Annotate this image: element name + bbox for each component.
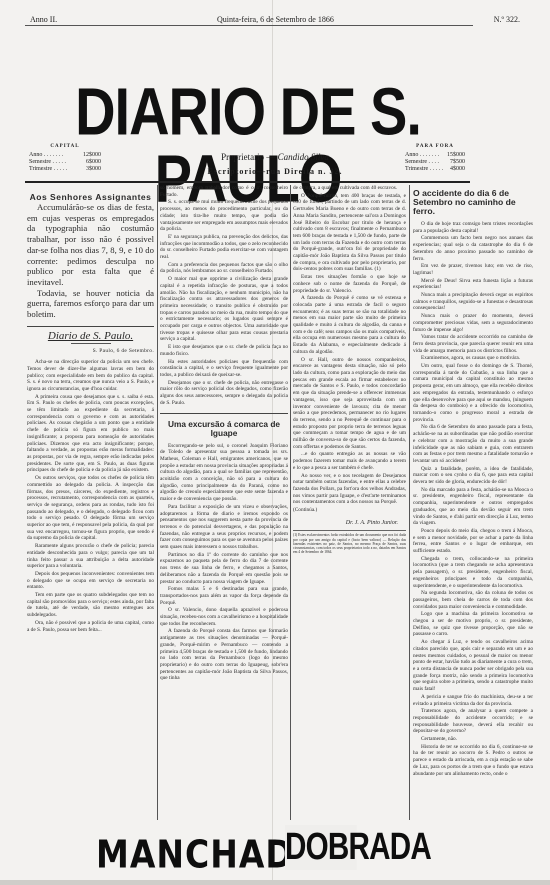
column-3: de compra, a qual em cultivada com 40 es… — [293, 185, 406, 820]
page-bottom-edge — [0, 880, 550, 885]
column-1: Aos Senhores Assignantes Accumulárão-se … — [27, 185, 154, 820]
paragraph: E isto que desejamos que o sr. chefe de … — [160, 344, 288, 357]
price-value: 3$000 — [86, 166, 101, 173]
price-box-title: PARA FORA — [405, 143, 465, 150]
paragraph: Examinemos, agora, os causas que o motiv… — [413, 355, 533, 362]
paragraph: Na segunda locomotiva, são da coluna de … — [413, 590, 533, 610]
paragraph: Um outro, qual fosse o do domingo de S. … — [413, 363, 533, 423]
paragraph: Para facilitar a exposição de um vizeu e… — [160, 504, 288, 551]
paragraph: Chegada o trem, collocando-se na primeir… — [413, 556, 533, 590]
paragraph: O sr. Valencio, dono daquella aprazivel … — [160, 607, 288, 627]
proprietor-name: Candido Silva — [278, 152, 329, 162]
price-box-para-fora: PARA FORA Anno . . . . . . .15$000 Semes… — [405, 143, 465, 173]
paragraph: Ora, não é possivel que a policia de uma… — [27, 620, 154, 633]
paragraph: Estas tres situações formão o que hoje s… — [293, 274, 406, 294]
stamp-dobrada: DOBRADA — [285, 825, 357, 870]
section-rule — [27, 326, 154, 327]
paragraph: Acha-se na direcção superior da policia … — [27, 359, 154, 393]
paragraph: Logo que a machina da primeira locomotiv… — [413, 611, 533, 638]
price-value: 4$000 — [450, 166, 465, 173]
price-value: 7$500 — [450, 159, 465, 166]
newspaper-page: Anno II. Quinta-feira, 6 de Setembro de … — [0, 0, 550, 885]
paragraph: Com a preferencia dos pequenos factos qu… — [160, 262, 288, 275]
continuation-note: (Continúa.) — [293, 507, 406, 514]
volume-label: Anno II. — [30, 15, 57, 24]
paragraph: Nunca mais o prazer do momento, deverá c… — [413, 313, 533, 333]
paragraph: Os outros serviços, que todos os chefes … — [27, 475, 154, 542]
proprietor-label: Proprietario — — [221, 152, 278, 162]
price-row: Anno . . . . . . .15$000 — [405, 152, 465, 159]
notice-paragraph: Todavia, se houver noticia da guerra, fa… — [27, 288, 154, 320]
paragraph: Tem em parte que os quatro subdelegados … — [27, 592, 154, 619]
paragraph: Partimos no dia 1º do corrente do caminh… — [160, 552, 288, 586]
issue-number: N.º 322. — [494, 15, 520, 24]
price-value: 6$000 — [86, 159, 101, 166]
paragraph: Tratemos agora, de analysar a quem compe… — [413, 708, 533, 735]
column-divider — [409, 185, 410, 820]
paragraph: Escorregando-se pelo sul, o coronel Joaq… — [160, 443, 288, 503]
paragraph: A primeira cousa que desejamos que s. s.… — [27, 394, 154, 474]
paragraph: S. s. occupa-se mui muito frequentemente… — [160, 199, 288, 233]
article-rule — [160, 413, 288, 414]
dateline-bar: Anno II. Quinta-feira, 6 de Setembro de … — [30, 15, 520, 24]
paragraph: Ao chegar á Luz, e tendo os cavalheiros … — [413, 639, 533, 693]
column-divider — [290, 185, 291, 820]
column-2: só homem, embora trabalhador como é o sr… — [160, 185, 288, 820]
paragraph: ...e do quanto entregáo as as nossas se … — [293, 451, 406, 471]
paragraph: Fomos malas 5 e 6 destinadas para sua gr… — [160, 586, 288, 606]
paragraph: só homem, embora trabalhador como é o sr… — [160, 185, 288, 198]
office-address: Escriptorio—rua Direita n. 32. — [150, 167, 400, 176]
price-label: Trimestre . . . . . — [29, 166, 67, 173]
masthead-bottom-rule — [25, 181, 470, 183]
paragraph: Mercê de Deus! Sirva esta funesta lição … — [413, 278, 533, 291]
paragraph: O maior mal que opprime a civilização de… — [160, 276, 288, 343]
paragraph: A fazenda do Porquê é como se vê extensa… — [293, 295, 406, 355]
paragraph: Commemora um facto bem negro nos annaes … — [413, 235, 533, 262]
paragraph: No dia 6 de Setembro do anno passado par… — [413, 424, 533, 464]
article-title: Uma excursão á comarca de Iguape — [160, 420, 288, 438]
paragraph: Quiz a fatalidade, porém, a idea de fata… — [413, 466, 533, 486]
price-label: Anno . . . . . . . — [29, 152, 63, 159]
paragraph: Pouco depois do meio dia, chegou o trem … — [413, 528, 533, 555]
paragraph: de compra, a qual em cultivada com 40 es… — [293, 185, 406, 192]
column-divider — [157, 185, 158, 820]
footnote: (1) Estes esclarecimentos forão extrahid… — [293, 530, 406, 554]
notice-title: Aos Senhores Assignantes — [27, 193, 154, 202]
paragraph: Depois dos pequenos inconvenientes: conv… — [27, 571, 154, 591]
price-label: Semestre . . . . . — [29, 159, 66, 166]
section-dateline: S. Paulo, 6 de Setembro. — [27, 348, 154, 355]
price-box-title: CAPITAL — [29, 143, 101, 150]
price-label: Semestre . . . . — [405, 159, 439, 166]
short-rule — [71, 343, 111, 344]
paragraph: O dia de hoje traz comsigo bem tristes r… — [413, 221, 533, 234]
price-label: Trimestre . . . . . — [405, 166, 443, 173]
notice-paragraph: Accumulárão-se os dias de festa, em cuja… — [27, 202, 154, 288]
paragraph: Vamos tratar do accidente occorrido no c… — [413, 334, 533, 354]
paragraph: Historia de ter se occorrido no dia 6, c… — [413, 744, 533, 778]
paragraph: A fazenda do Porquê consta das farmos qu… — [160, 628, 288, 682]
paragraph: O sr. Hall, outro de nossos companheiros… — [293, 357, 406, 451]
paragraph: Nunca mais a precipitação deverá cegar o… — [413, 292, 533, 312]
price-row: Trimestre . . . . .3$000 — [29, 166, 101, 173]
paragraph: No dia marcado para a festa, achárão-se … — [413, 487, 533, 527]
paragraph: E' na segurança publica, na prevenção do… — [160, 234, 288, 261]
paragraph: Raramente alguns procurão o chefe de pol… — [27, 543, 154, 570]
price-box-capital: CAPITAL Anno . . . . . . .12$000 Semestr… — [29, 143, 101, 173]
paragraph: Desejamos que o sr. chefe de policia, nã… — [160, 380, 288, 407]
paragraph: A pericia e sangue frio do machinista, d… — [413, 694, 533, 707]
article-title: O accidente do dia 6 de Setembro no cami… — [413, 189, 533, 216]
paragraph: Ao nosso ver, e o nos tecelagem de Desej… — [293, 473, 406, 507]
paragraph: O Porquê-mirim, tem 400 braças de testad… — [293, 193, 406, 273]
price-value: 12$000 — [83, 152, 101, 159]
issue-date: Quinta-feira, 6 de Setembro de 1866 — [217, 15, 334, 24]
column-4: O accidente do dia 6 de Setembro no cami… — [413, 185, 533, 820]
notice-body: Accumulárão-se os dias de festa, em cuja… — [27, 202, 154, 320]
section-title: Diario de S. Paulo. — [27, 333, 154, 340]
price-row: Semestre . . . . .6$000 — [29, 159, 101, 166]
article-signature: Dr. J. A. Pinto Junior. — [293, 520, 398, 527]
price-row: Trimestre . . . . .4$000 — [405, 166, 465, 173]
price-value: 15$000 — [447, 152, 465, 159]
top-rule — [25, 25, 473, 26]
paragraph: Certamente, não. — [413, 736, 533, 743]
paragraph: Em vez de prazer, tivemos luto; em vez d… — [413, 263, 533, 276]
price-row: Anno . . . . . . .12$000 — [29, 152, 101, 159]
price-row: Semestre . . . .7$500 — [405, 159, 465, 166]
proprietor-line: Proprietario — Candido Silva — [150, 152, 400, 162]
price-label: Anno . . . . . . . — [405, 152, 439, 159]
paragraph: Ha estes autoridades policiaes que frequ… — [160, 359, 288, 379]
